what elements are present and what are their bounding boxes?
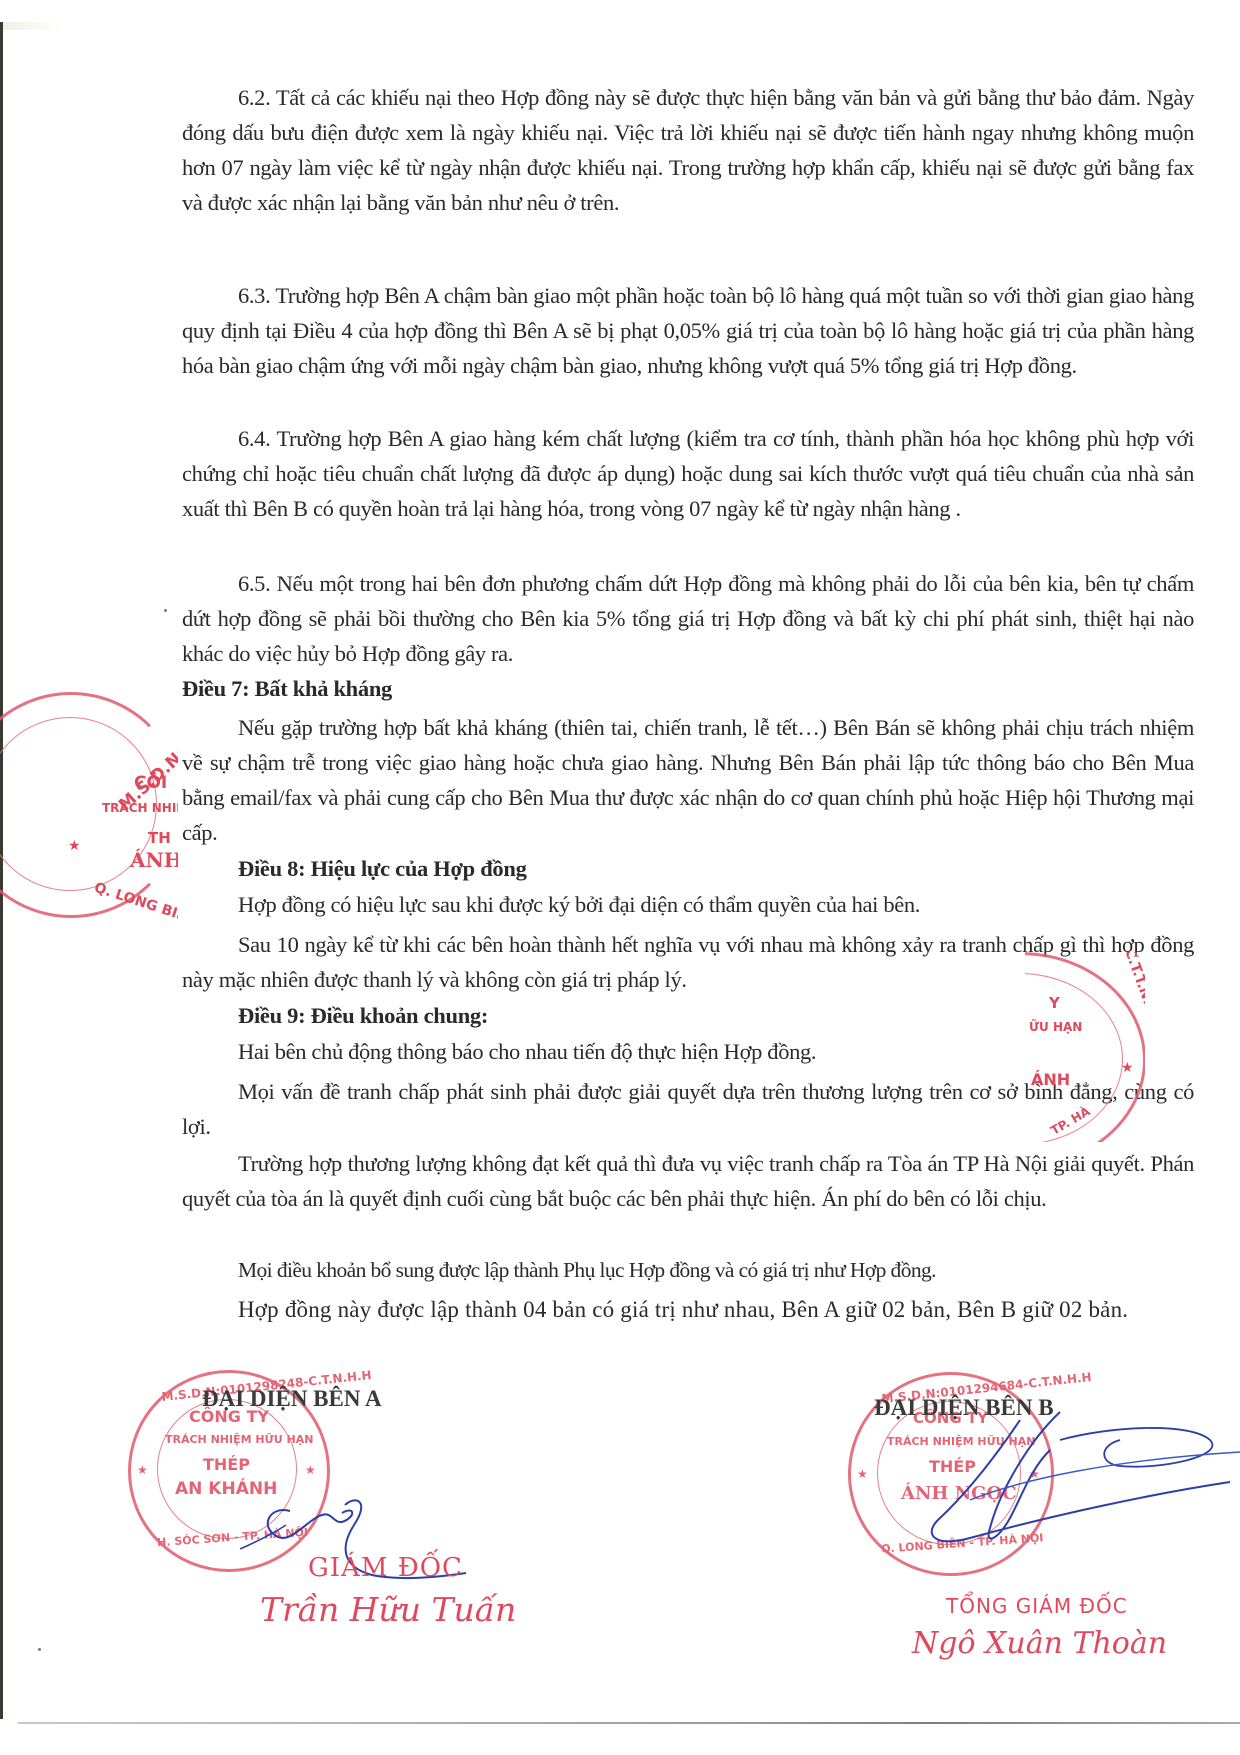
clause-6-3-text: 6.3. Trường hợp Bên A chậm bàn giao một … — [182, 283, 1194, 378]
party-a-title: ĐẠI DIỆN BÊN A — [202, 1386, 382, 1412]
article-7-body: Nếu gặp trường hợp bất khả kháng (thiên … — [182, 710, 1194, 850]
stamp-line: TRÁCH NHIỆ — [102, 801, 178, 815]
article-9-heading: Điều 9: Điều khoản chung: — [238, 998, 488, 1033]
star-icon: ★ — [68, 838, 81, 854]
clause-6-2: 6.2. Tất cả các khiếu nại theo Hợp đồng … — [182, 80, 1194, 220]
clause-6-5-text: 6.5. Nếu một trong hai bên đơn phương ch… — [182, 571, 1194, 666]
stamp-line: Y — [1049, 994, 1060, 1012]
scan-speck — [38, 1648, 41, 1651]
scan-top-shadow — [3, 22, 63, 30]
stamp-line: CÔI — [134, 773, 167, 793]
article-8-p1: Hợp đồng có hiệu lực sau khi được ký bởi… — [182, 887, 1194, 922]
article-9-p5: Hợp đồng này được lập thành 04 bản có gi… — [182, 1291, 1194, 1329]
stamp-line: THÉP — [203, 1455, 250, 1474]
article-8-heading: Điều 8: Hiệu lực của Hợp đồng — [238, 851, 527, 886]
stamp-line: TH — [148, 829, 171, 847]
scan-speck — [164, 609, 167, 612]
clause-6-4: 6.4. Trường hợp Bên A giao hàng kém chất… — [182, 421, 1194, 526]
article-8-p1-text: Hợp đồng có hiệu lực sau khi được ký bởi… — [238, 892, 920, 917]
article-7-heading: Điều 7: Bất khả kháng — [182, 671, 392, 706]
party-a-name: Trần Hữu Tuấn — [260, 1590, 516, 1629]
party-b-name: Ngô Xuân Thoàn — [912, 1626, 1167, 1661]
clause-6-3: 6.3. Trường hợp Bên A chậm bàn giao một … — [182, 278, 1194, 383]
article-9-p3-text: Trường hợp thương lượng không đạt kết qu… — [182, 1151, 1194, 1211]
stamp-ring-text: M.S.D.N:0101 — [115, 713, 178, 816]
article-9-p4: Mọi điều khoản bổ sung được lập thành Ph… — [182, 1253, 1194, 1288]
stamp-line: ÁNH N — [130, 848, 178, 872]
party-b-role: TỔNG GIÁM ĐỐC — [946, 1594, 1128, 1618]
article-9-p1-text: Hai bên chủ động thông báo cho nhau tiến… — [238, 1039, 816, 1064]
clause-6-2-text: 6.2. Tất cả các khiếu nại theo Hợp đồng … — [182, 85, 1194, 215]
clause-6-5: 6.5. Nếu một trong hai bên đơn phương ch… — [182, 566, 1194, 671]
stamp-ring-text: Q. LONG BIÊN — [92, 880, 178, 920]
stamp-line: TRÁCH NHIỆM HỮU HẠN — [165, 1433, 313, 1446]
article-9-p5-text: Hợp đồng này được lập thành 04 bản có gi… — [238, 1297, 1128, 1322]
margin-stamp-left-text: M.S.D.N:0101 CÔI TRÁCH NHIỆ TH ÁNH N Q. … — [0, 690, 178, 920]
scan-bottom-edge — [18, 1722, 1240, 1724]
clause-6-4-text: 6.4. Trường hợp Bên A giao hàng kém chất… — [182, 426, 1194, 521]
star-icon: ★ — [137, 1463, 148, 1477]
article-9-p4-text: Mọi điều khoản bổ sung được lập thành Ph… — [238, 1258, 936, 1282]
margin-stamp-right: C.T.T.N.H.H Y ỮU HẠN ÁNH TP. HÀ ★ — [1025, 952, 1145, 1142]
article-9-p3: Trường hợp thương lượng không đạt kết qu… — [182, 1146, 1194, 1216]
party-a-role: GIÁM ĐỐC — [308, 1553, 463, 1583]
article-7-text: Nếu gặp trường hợp bất khả kháng (thiên … — [182, 715, 1194, 845]
stamp-line: ÁNH — [1031, 1070, 1070, 1089]
star-icon: ★ — [857, 1467, 868, 1481]
star-icon: ★ — [1121, 1060, 1134, 1076]
stamp-line: ỮU HẠN — [1029, 1020, 1082, 1034]
party-b-signature — [910, 1400, 1240, 1550]
